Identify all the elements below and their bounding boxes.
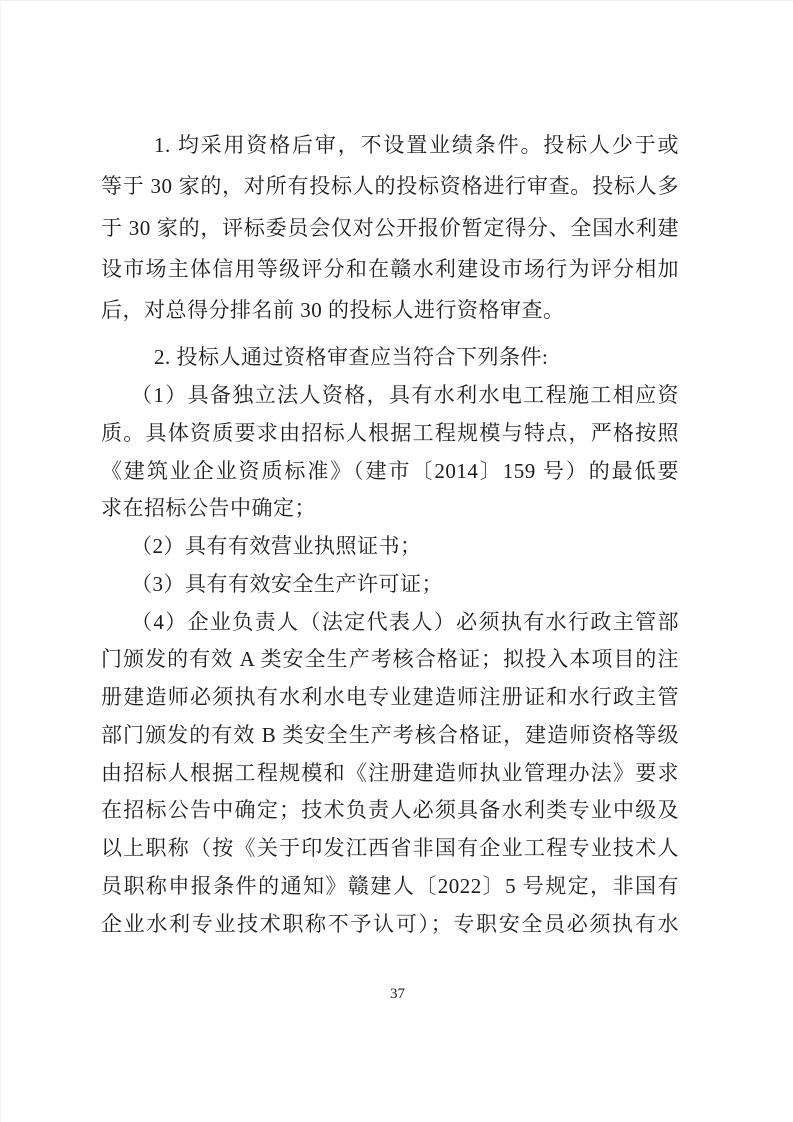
text-line: 门颁发的有效 A 类安全生产考核合格证；拟投入本项目的注 xyxy=(101,641,679,679)
text-line: （3）具有有效安全生产许可证； xyxy=(101,566,679,604)
text-line: 部门颁发的有效 B 类安全生产考核合格证，建造师资格等级 xyxy=(101,717,679,755)
text-line: 《建筑业企业资质标准》（建市〔2014〕159 号）的最低要 xyxy=(101,453,679,491)
page-number: 37 xyxy=(1,979,793,1009)
text-line: （1）具备独立法人资格，具有水利水电工程施工相应资 xyxy=(101,377,679,415)
text-line: 1. 均采用资格后审，不设置业绩条件。投标人少于或 xyxy=(101,125,679,166)
text-line: 等于 30 家的，对所有投标人的投标资格进行审查。投标人多 xyxy=(101,166,679,207)
text-line: （4）企业负责人（法定代表人）必须执有水行政主管部 xyxy=(101,604,679,642)
text-line: 册建造师必须执有水利水电专业建造师注册证和水行政主管 xyxy=(101,679,679,717)
text-line: 员职称申报条件的通知》赣建人〔2022〕5 号规定，非国有 xyxy=(101,868,679,906)
text-line: 求在招标公告中确定； xyxy=(101,490,679,528)
text-line: 企业水利专业技术职称不予认可）；专职安全员必须执有水 xyxy=(101,906,679,944)
text-line: 于 30 家的，评标委员会仅对公开报价暂定得分、全国水利建 xyxy=(101,208,679,249)
text-line: 2. 投标人通过资格审查应当符合下列条件: xyxy=(101,339,679,377)
page-text-block: 1. 均采用资格后审，不设置业绩条件。投标人少于或等于 30 家的，对所有投标人… xyxy=(101,125,679,943)
text-line: 后，对总得分排名前 30 的投标人进行资格审查。 xyxy=(101,290,679,331)
text-line: 设市场主体信用等级评分和在赣水利建设市场行为评分相加 xyxy=(101,249,679,290)
text-line: 以上职称（按《关于印发江西省非国有企业工程专业技术人 xyxy=(101,830,679,868)
text-line: （2）具有有效营业执照证书； xyxy=(101,528,679,566)
document-page: 1. 均采用资格后审，不设置业绩条件。投标人少于或等于 30 家的，对所有投标人… xyxy=(0,0,793,1122)
text-line: 质。具体资质要求由招标人根据工程规模与特点，严格按照 xyxy=(101,415,679,453)
text-line: 在招标公告中确定；技术负责人必须具备水利类专业中级及 xyxy=(101,792,679,830)
text-line: 由招标人根据工程规模和《注册建造师执业管理办法》要求 xyxy=(101,755,679,793)
